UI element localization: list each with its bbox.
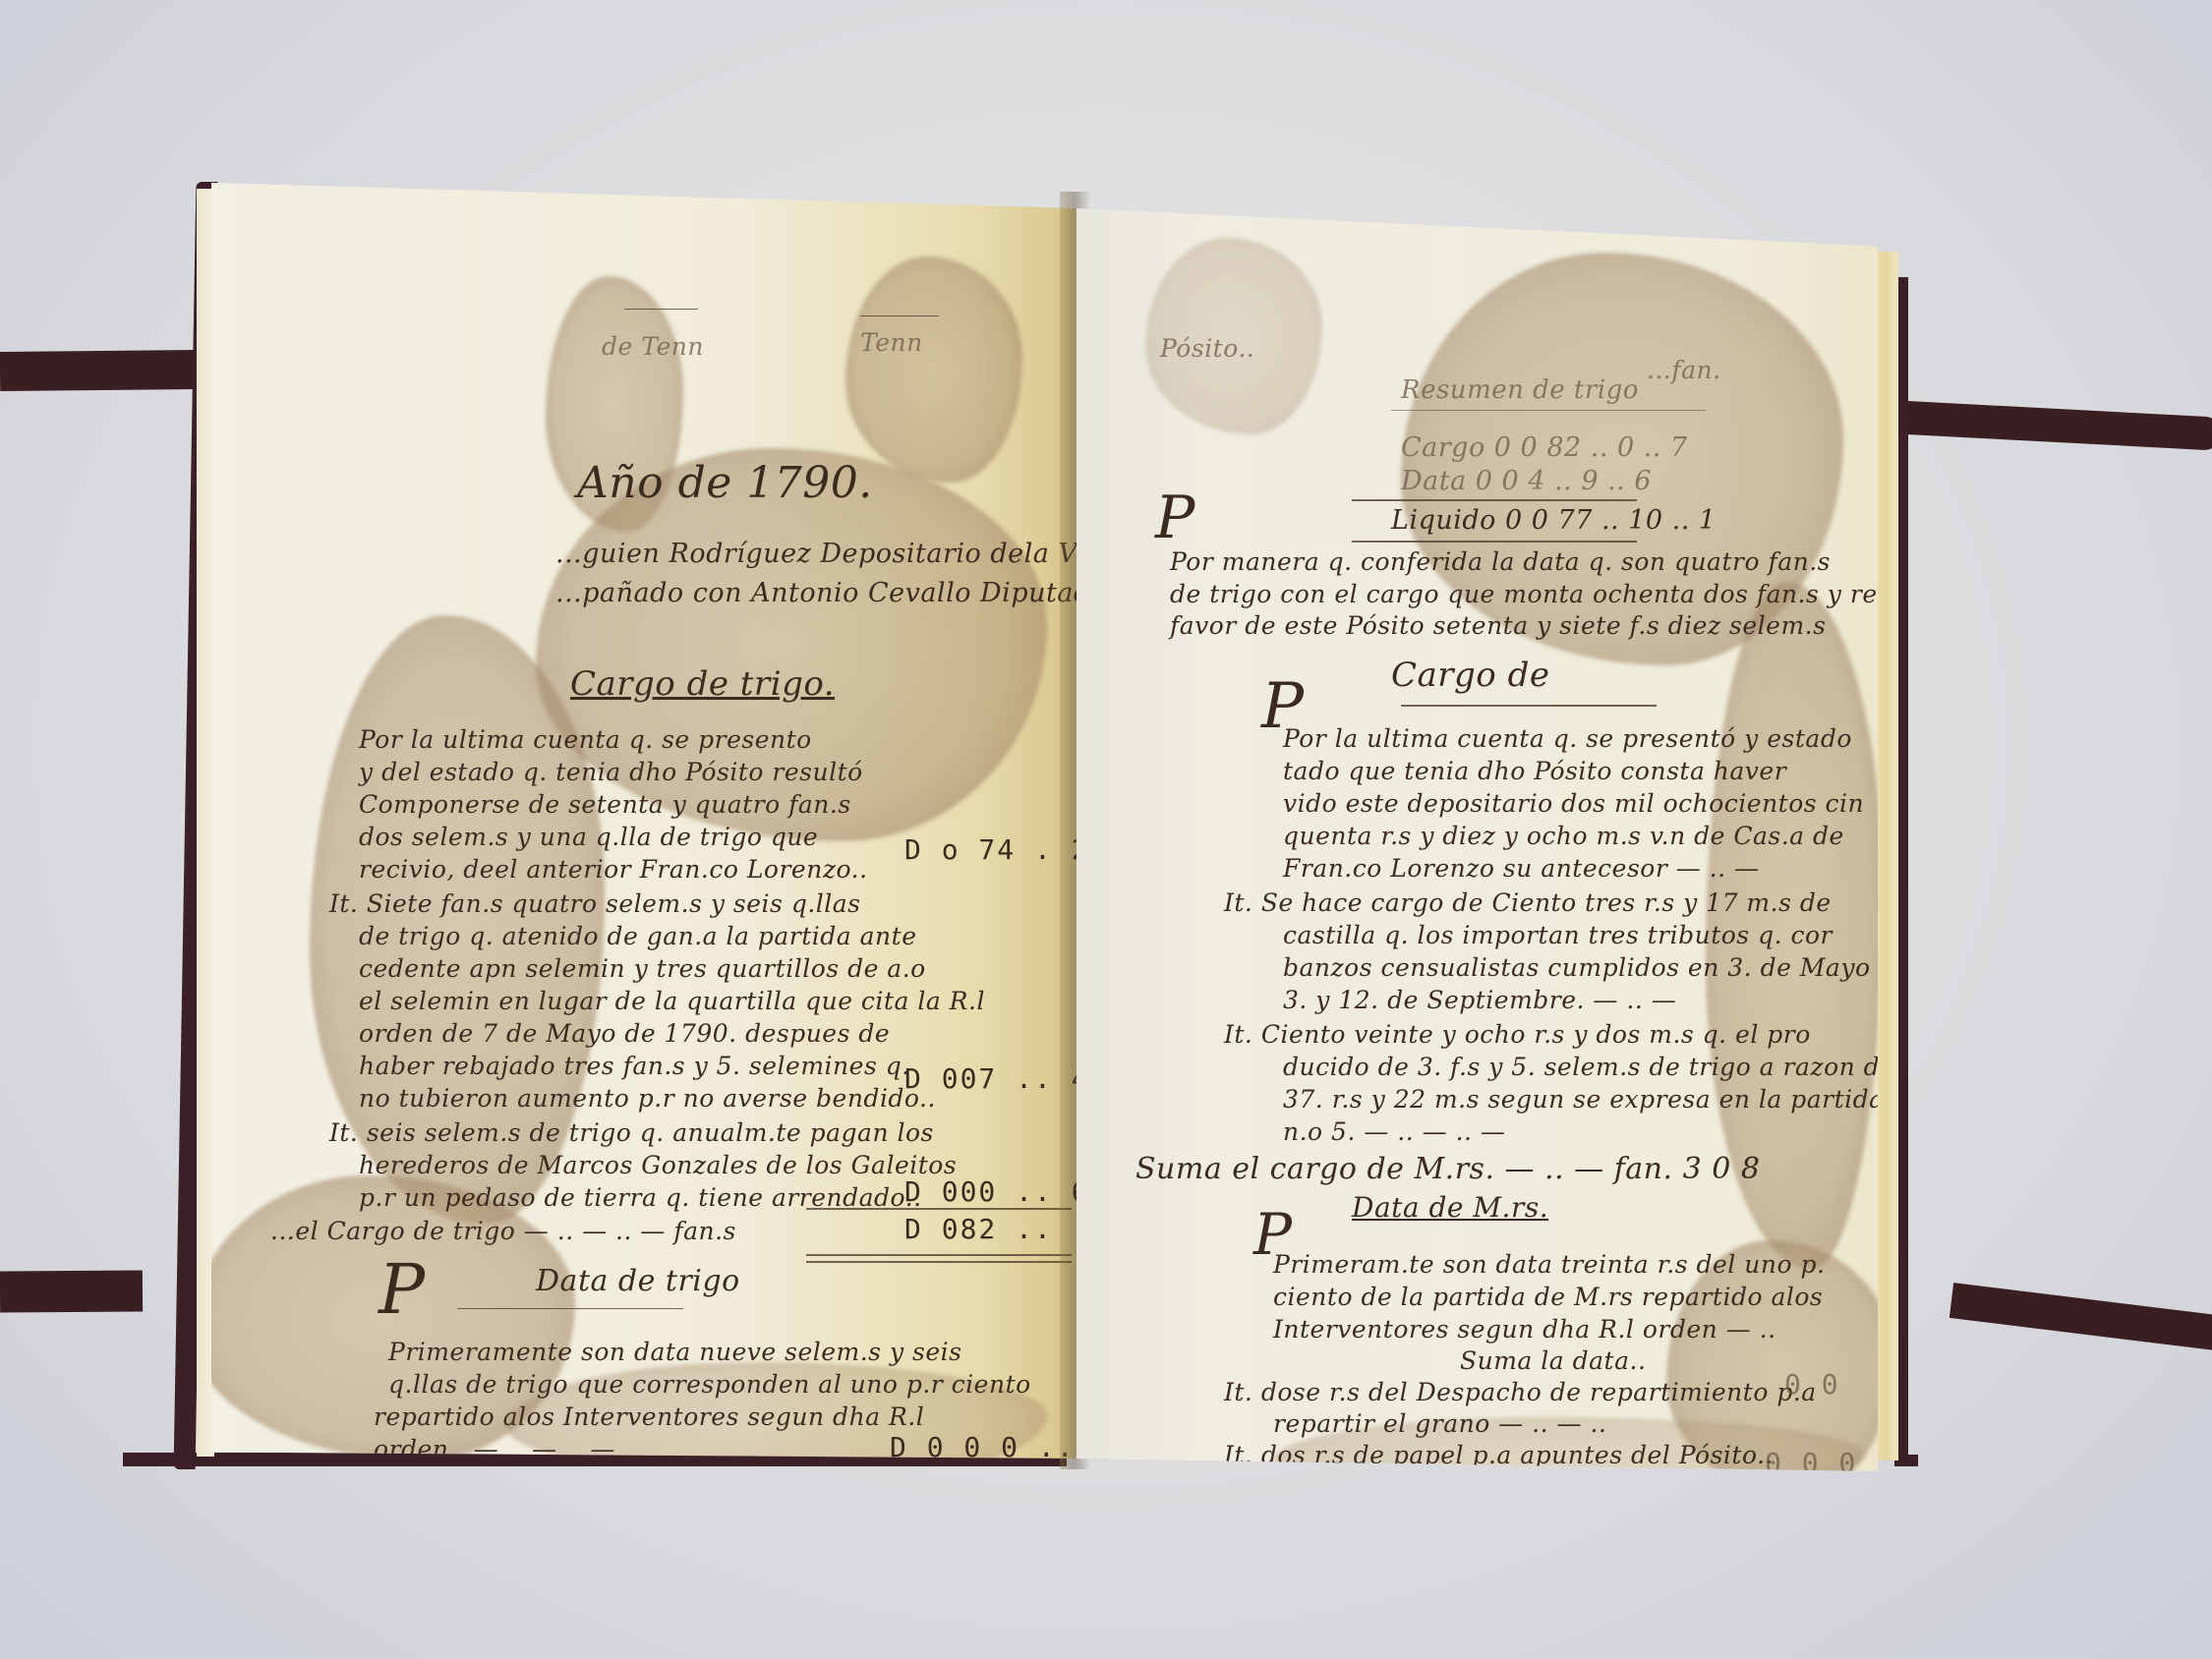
ledger-line: It. dose r.s del Despacho de repartimien… [1224, 1378, 1817, 1406]
ledger-line: Componerse de setenta y quatro fan.s [359, 790, 851, 819]
header-text: ...fan. [1647, 356, 1721, 384]
total-rule [806, 1208, 1072, 1210]
ledger-line: tado que tenia dho Pósito consta haver [1283, 757, 1786, 785]
ribbon-tie-right-top [1906, 401, 2212, 451]
total-rule [806, 1261, 1072, 1263]
ledger-line: 3. y 12. de Septiembre. — .. — [1283, 986, 1676, 1014]
faint-amount: 0 0 0 [1765, 1447, 1857, 1471]
section-heading-data-trigo: Data de trigo [536, 1264, 740, 1298]
ledger-line: n.o 5. — .. — .. — [1283, 1117, 1505, 1146]
ledger-line: It. Siete fan.s quatro selem.s y seis q.… [329, 889, 861, 918]
section-heading-data-mrs: Data de M.rs. [1352, 1191, 1548, 1224]
ledger-line: banzos censualistas cumplidos en 3. de M… [1283, 953, 1871, 982]
photo-scene: de Tenn Tenn Año de 1790. ...guien Rodrí… [0, 0, 2212, 1659]
ledger-total-line: ...el Cargo de trigo — .. — .. — fan.s [270, 1217, 736, 1245]
drop-cap: P [1155, 484, 1194, 552]
ledger-line: repartir el grano — .. — .. [1273, 1409, 1606, 1438]
header-text: Tenn [860, 328, 923, 357]
ledger-line: dos selem.s y una q.lla de trigo que [359, 823, 818, 851]
ledger-line: quenta r.s y diez y ocho m.s v.n de Cas.… [1283, 822, 1844, 850]
year-title: Año de 1790. [577, 458, 873, 508]
ribbon-tie-left-top [0, 350, 197, 391]
section-heading-cargo-trigo: Cargo de trigo. [570, 664, 835, 704]
resumen-value: 0 0 4 .. 9 .. 6 [1476, 466, 1652, 496]
ledger-line: ducido de 3. f.s y 5. selem.s de trigo a… [1283, 1053, 1878, 1081]
ledger-line: ciento de la partida de M.rs repartido a… [1273, 1283, 1823, 1311]
ledger-line: el selemin en lugar de la quartilla que … [359, 987, 985, 1015]
resumen-value: 0 0 77 .. 10 .. 1 [1505, 505, 1717, 536]
total-rule [806, 1254, 1072, 1256]
ledger-line: Primeramente son data nueve selem.s y se… [388, 1338, 961, 1366]
ledger-line: castilla q. los importan tres tributos q… [1283, 921, 1833, 949]
book-cover-corner [1902, 1455, 1918, 1466]
amount: D 007 .. 4 .. 6 [904, 1062, 1077, 1095]
ledger-line: Por la ultima cuenta q. se presento [359, 725, 812, 754]
amount: D 0 0 0 .. 9 . 6 [890, 1431, 1077, 1459]
ledger-line: Suma la data.. [1460, 1346, 1646, 1375]
faint-amount: 0 0 [1784, 1368, 1840, 1401]
water-stain [845, 257, 1022, 483]
ledger-line: Por la ultima cuenta q. se presentó y es… [1283, 724, 1852, 753]
ledger-line: repartido alos Interventores segun dha R… [374, 1402, 924, 1431]
intro-line: ...pañado con Antonio Cevallo Diputado [555, 578, 1077, 608]
resumen-liquido: Liquido 0 0 77 .. 10 .. 1 [1391, 505, 1717, 536]
ledger-line: de trigo q. atenido de gan.a la partida … [359, 922, 916, 950]
resumen-cargo: Cargo 0 0 82 .. 0 .. 7 [1401, 432, 1688, 463]
ledger-line: y del estado q. tenia dho Pósito resultó [359, 758, 863, 786]
rule [1391, 410, 1706, 411]
total-amount: D 082 .. .. 7 [904, 1213, 1077, 1245]
suma-cargo-line: Suma el cargo de M.rs. — .. — fan. 3 0 8 [1135, 1152, 1760, 1186]
rule [1352, 499, 1637, 501]
resumen-label: Cargo [1401, 432, 1485, 463]
rule [860, 315, 939, 316]
rule [1401, 705, 1657, 707]
right-page: Pósito.. ...fan. Resumen de trigo Cargo … [1077, 208, 1878, 1471]
ledger-line: 37. r.s y 22 m.s segun se expresa en la … [1283, 1085, 1878, 1114]
resumen-label: Liquido [1391, 505, 1496, 536]
ledger-line: recivio, deel anterior Fran.co Lorenzo.. [359, 855, 868, 884]
drop-cap: P [378, 1249, 425, 1330]
left-page: de Tenn Tenn Año de 1790. ...guien Rodrí… [211, 183, 1077, 1459]
ribbon-tie-right-bottom [1950, 1283, 2212, 1350]
ribbon-tie-left-bottom [0, 1270, 143, 1312]
ledger-line: It. Ciento veinte y ocho r.s y dos m.s q… [1224, 1020, 1811, 1049]
section-heading-resumen: Resumen de trigo [1401, 375, 1639, 405]
ledger-line: orden de 7 de Mayo de 1790. despues de [359, 1019, 890, 1048]
ledger-line: vido este depositario dos mil ochociento… [1283, 789, 1864, 818]
amount: D o 74 . 2 .. 1. [904, 833, 1077, 866]
ledger-line: It. Se hace cargo de Ciento tres r.s y 1… [1224, 888, 1832, 917]
ledger-line: Primeram.te son data treinta r.s del uno… [1273, 1250, 1825, 1279]
ledger-line: no tubieron aumento p.r no averse bendid… [359, 1084, 936, 1113]
ledger-line: Interventores segun dha R.l orden — .. [1273, 1315, 1776, 1344]
ledger-line: It. dos r.s de papel p.a apuntes del Pós… [1224, 1441, 1774, 1469]
amount: D 000 .. 6. [904, 1175, 1077, 1208]
ledger-line: Por manera q. conferida la data q. son q… [1170, 547, 1831, 576]
header-text: de Tenn [602, 332, 704, 361]
header-text: Pósito.. [1160, 334, 1254, 363]
rule [457, 1308, 683, 1309]
rule [1352, 541, 1637, 543]
ledger-line: haber rebajado tres fan.s y 5. selemines… [359, 1052, 910, 1080]
ledger-line: It. seis selem.s de trigo q. anualm.te p… [329, 1118, 934, 1147]
intro-line: ...guien Rodríguez Depositario dela Vill… [555, 539, 1077, 569]
ledger-line: cedente apn selemin y tres quartillos de… [359, 954, 926, 983]
resumen-value: 0 0 82 .. 0 .. 7 [1494, 432, 1688, 463]
section-heading-cargo: Cargo de [1391, 656, 1549, 695]
ledger-line: Fran.co Lorenzo su antecesor — .. — [1283, 854, 1760, 883]
ledger-line: herederos de Marcos Gonzales de los Gale… [359, 1151, 957, 1179]
ledger-line: q.llas de trigo que corresponden al uno … [388, 1370, 1031, 1399]
resumen-data: Data 0 0 4 .. 9 .. 6 [1401, 466, 1652, 496]
ledger-line: favor de este Pósito setenta y siete f.s… [1170, 611, 1826, 640]
resumen-label: Data [1401, 466, 1467, 496]
ledger-line: de trigo con el cargo que monta ochenta … [1170, 580, 1878, 608]
rule [624, 309, 698, 310]
